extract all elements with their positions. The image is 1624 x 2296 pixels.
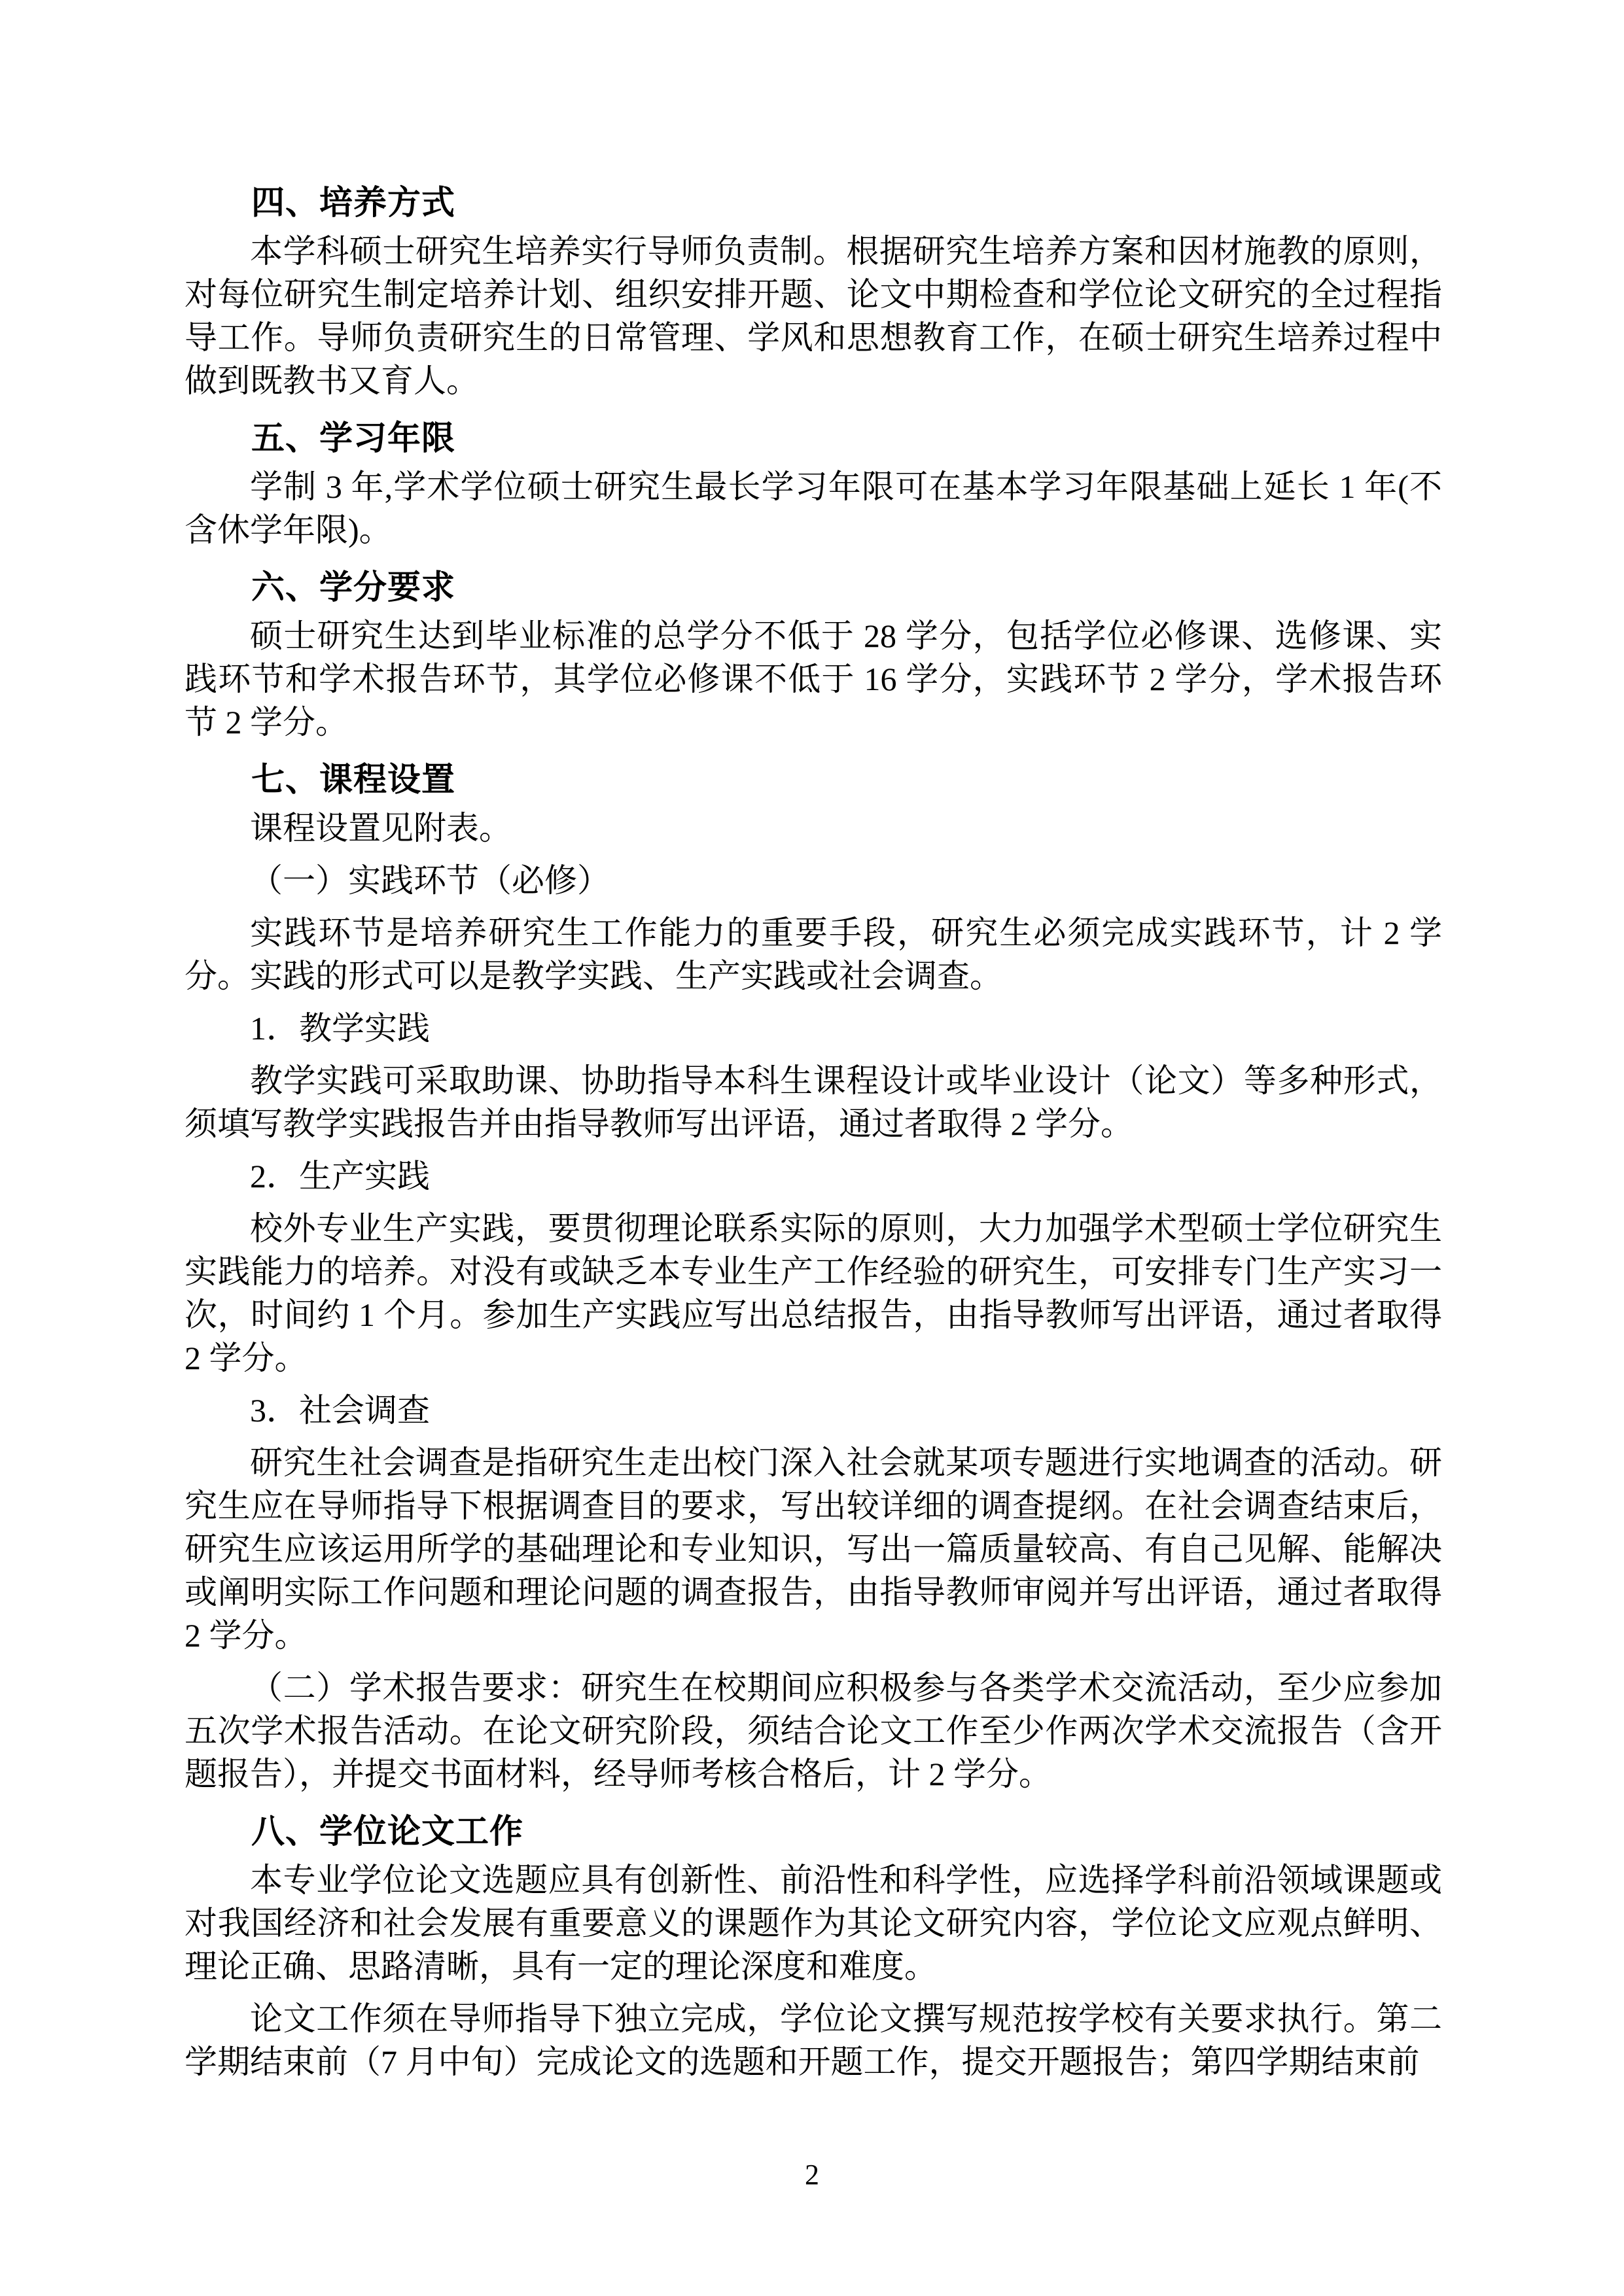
paragraph-practice-overview: 实践环节是培养研究生工作能力的重要手段，研究生必须完成实践环节，计 2 学分。实… <box>185 911 1442 998</box>
paragraph-academic-report-requirements: （二）学术报告要求：研究生在校期间应积极参与各类学术交流活动，至少应参加五次学术… <box>185 1666 1442 1796</box>
subheading-production-practice: 2．生产实践 <box>185 1155 1442 1198</box>
paragraph-social-survey: 研究生社会调查是指研究生走出校门深入社会就某项专题进行实地调查的活动。研究生应在… <box>185 1441 1442 1657</box>
paragraph-training-method: 本学科硕士研究生培养实行导师负责制。根据研究生培养方案和因材施教的原则，对每位研… <box>185 230 1442 402</box>
paragraph-thesis-topic: 本专业学位论文选题应具有创新性、前沿性和科学性，应选择学科前沿领域课题或对我国经… <box>185 1858 1442 1988</box>
section-heading-study-duration: 五、学习年限 <box>185 417 1442 460</box>
section-heading-training-method: 四、培养方式 <box>185 181 1442 224</box>
paragraph-thesis-process: 论文工作须在导师指导下独立完成，学位论文撰写规范按学校有关要求执行。第二学期结束… <box>185 1997 1442 2083</box>
paragraph-credit-requirements: 硕士研究生达到毕业标准的总学分不低于 28 学分，包括学位必修课、选修课、实践环… <box>185 614 1442 744</box>
paragraph-production-practice: 校外专业生产实践，要贯彻理论联系实际的原则，大力加强学术型硕士学位研究生实践能力… <box>185 1207 1442 1380</box>
section-heading-course-setup: 七、课程设置 <box>185 758 1442 801</box>
subheading-practice-section: （一）实践环节（必修） <box>185 859 1442 902</box>
section-heading-thesis-work: 八、学位论文工作 <box>185 1810 1442 1853</box>
paragraph-teaching-practice: 教学实践可采取助课、协助指导本科生课程设计或毕业设计（论文）等多种形式，须填写教… <box>185 1059 1442 1145</box>
document-page: 四、培养方式 本学科硕士研究生培养实行导师负责制。根据研究生培养方案和因材施教的… <box>0 0 1624 2296</box>
subheading-teaching-practice: 1．教学实践 <box>185 1007 1442 1050</box>
paragraph-study-duration: 学制 3 年,学术学位硕士研究生最长学习年限可在基本学习年限基础上延长 1 年(… <box>185 465 1442 551</box>
section-heading-credit-requirements: 六、学分要求 <box>185 566 1442 609</box>
subheading-social-survey: 3．社会调查 <box>185 1389 1442 1432</box>
paragraph-course-setup-note: 课程设置见附表。 <box>185 807 1442 850</box>
page-number: 2 <box>0 2159 1624 2191</box>
